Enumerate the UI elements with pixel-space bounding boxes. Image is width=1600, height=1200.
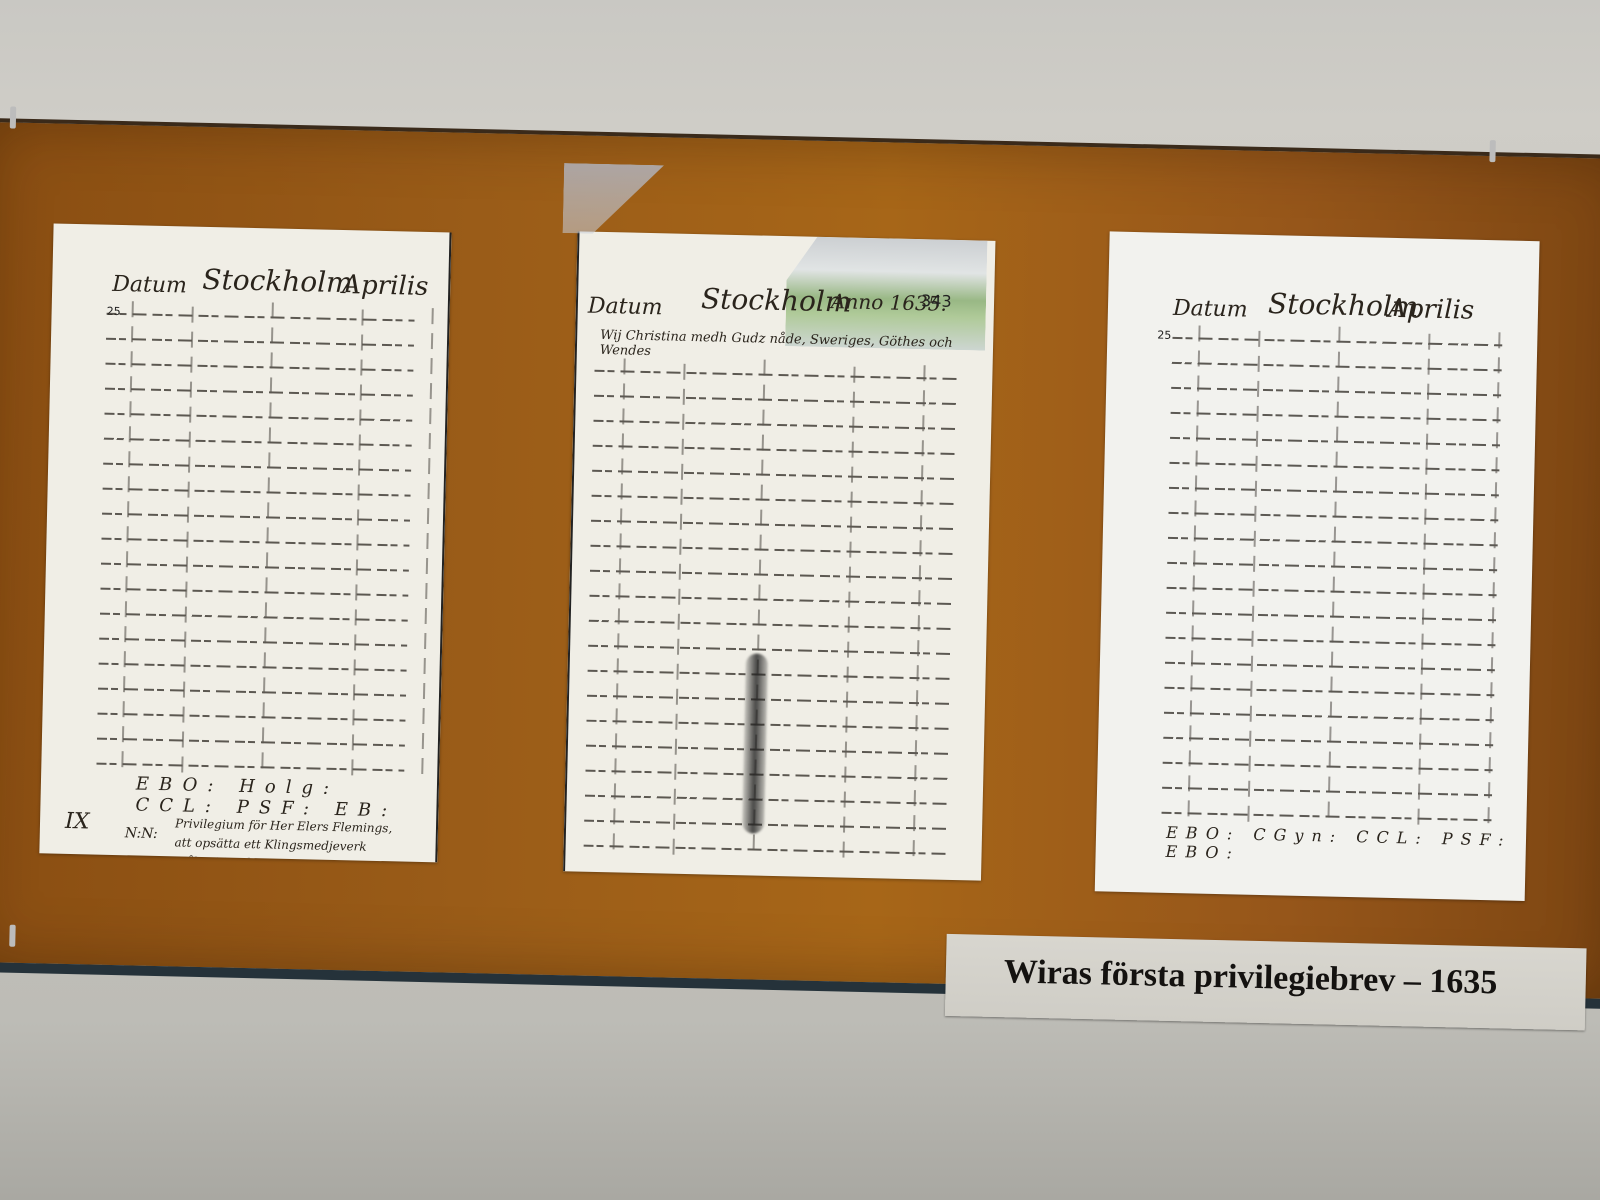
margin-mark: IX — [65, 809, 90, 835]
header-city: Stockholm — [202, 263, 353, 299]
glass-reflection — [563, 163, 665, 235]
page-margin-line — [563, 231, 580, 871]
folio-number: 343 — [921, 291, 952, 311]
frame-clip-top-left — [10, 106, 16, 128]
handwritten-text-block — [96, 313, 415, 795]
header-datum: Datum — [1173, 296, 1248, 323]
document-center: Datum Stockholm Anno 1635. 343 Wij Chris… — [563, 231, 995, 880]
frame-clip-top-right — [1489, 140, 1495, 162]
caption-text: Wiras första privilegiebrev – 1635 — [1003, 953, 1497, 1002]
handwritten-text-block — [583, 370, 957, 878]
note-prefix: N:N: — [125, 825, 158, 842]
header-datum: Datum — [588, 294, 663, 321]
closing-abbreviations: EBO: CGyn: CCL: PSF: EBO: — [1165, 823, 1526, 869]
note-text: Privilegium för Her Elers Flemings, att … — [174, 814, 393, 862]
document-right: Datum Stockholm Aprilis 25 EBO: CGyn: CC… — [1095, 231, 1540, 901]
header-city: Stockholm — [701, 282, 852, 318]
ink-smudge — [742, 653, 768, 833]
page-edge-line — [435, 232, 451, 862]
header-date: Aprilis — [342, 270, 429, 302]
document-left: Datum Stockholm Aprilis 25 EBO: Holg: CC… — [39, 223, 451, 862]
handwritten-text-block — [1161, 337, 1502, 844]
frame-clip-bottom-left — [9, 925, 15, 947]
display-frame: Datum Stockholm Aprilis 25 EBO: Holg: CC… — [0, 118, 1600, 1009]
line-number: 25 — [1157, 329, 1171, 342]
header-date: Aprilis — [1388, 294, 1475, 326]
caption-label: Wiras första privilegiebrev – 1635 — [945, 934, 1587, 1030]
header-datum: Datum — [112, 272, 187, 299]
